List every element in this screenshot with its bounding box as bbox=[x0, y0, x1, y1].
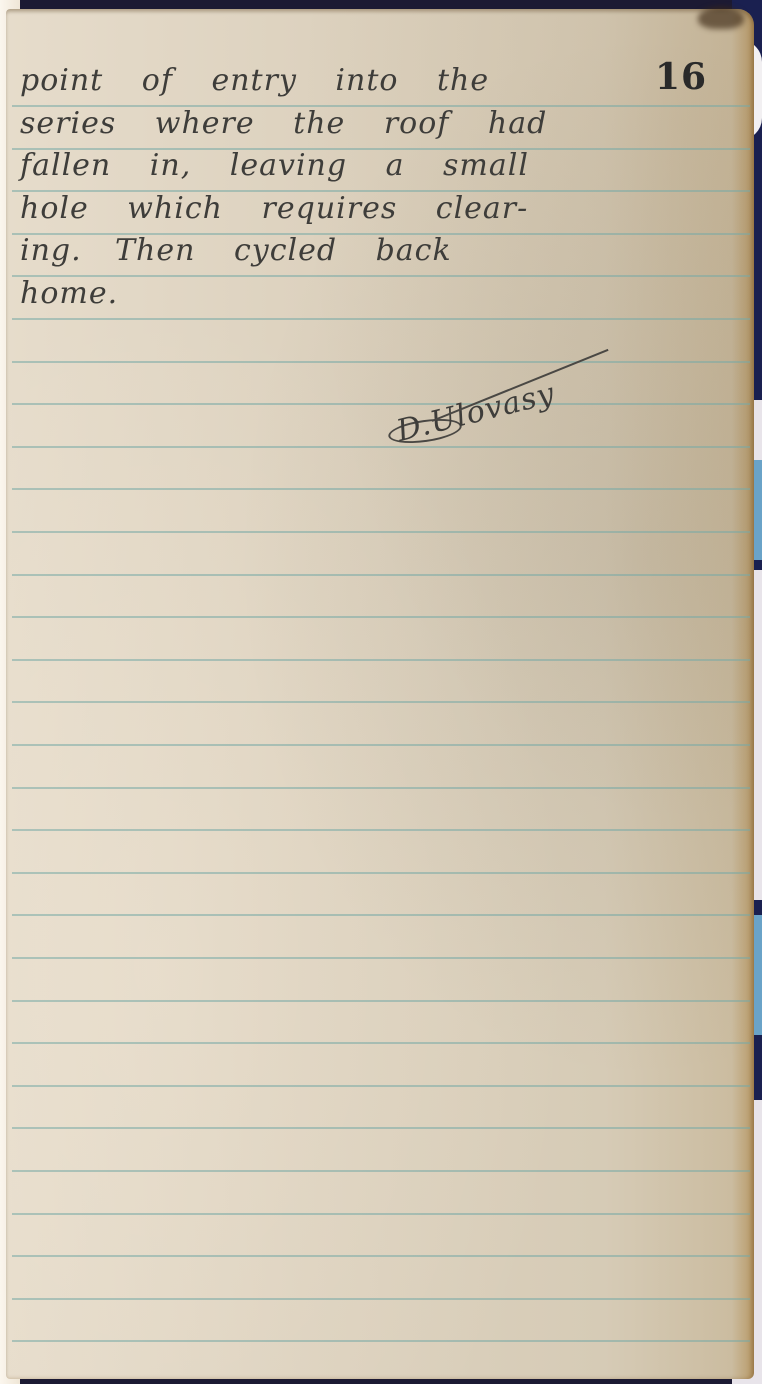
rule-line bbox=[12, 1340, 750, 1342]
rule-line bbox=[12, 1000, 750, 1002]
rule-line bbox=[12, 1255, 750, 1257]
rule-line bbox=[12, 787, 750, 789]
rule-line bbox=[12, 1298, 750, 1300]
rule-line bbox=[12, 403, 750, 405]
rule-line bbox=[12, 1127, 750, 1129]
rule-line bbox=[12, 574, 750, 576]
rule-line bbox=[12, 957, 750, 959]
rule-line bbox=[12, 1213, 750, 1215]
rule-line bbox=[12, 829, 750, 831]
rule-line bbox=[12, 914, 750, 916]
text-line: point of entry into the bbox=[20, 60, 720, 103]
corner-stain bbox=[698, 7, 744, 29]
rule-line bbox=[12, 318, 750, 320]
rule-line bbox=[12, 659, 750, 661]
rule-line bbox=[12, 446, 750, 448]
rule-line bbox=[12, 701, 750, 703]
text-line: series where the roof had bbox=[20, 103, 720, 146]
rule-line bbox=[12, 872, 750, 874]
rule-line bbox=[12, 744, 750, 746]
text-line: hole which requires clear- bbox=[20, 188, 720, 231]
text-line: Then cycled back bbox=[20, 230, 720, 273]
handwritten-text: point of entry into the series where the… bbox=[20, 60, 720, 316]
rule-line bbox=[12, 1042, 750, 1044]
rule-line bbox=[12, 488, 750, 490]
text-line: fallen in, leaving a small bbox=[20, 145, 720, 188]
text-line: home. bbox=[20, 273, 720, 316]
rule-line bbox=[12, 1170, 750, 1172]
rule-line bbox=[12, 1085, 750, 1087]
rule-line bbox=[12, 616, 750, 618]
rule-line bbox=[12, 361, 750, 363]
rule-line bbox=[12, 531, 750, 533]
